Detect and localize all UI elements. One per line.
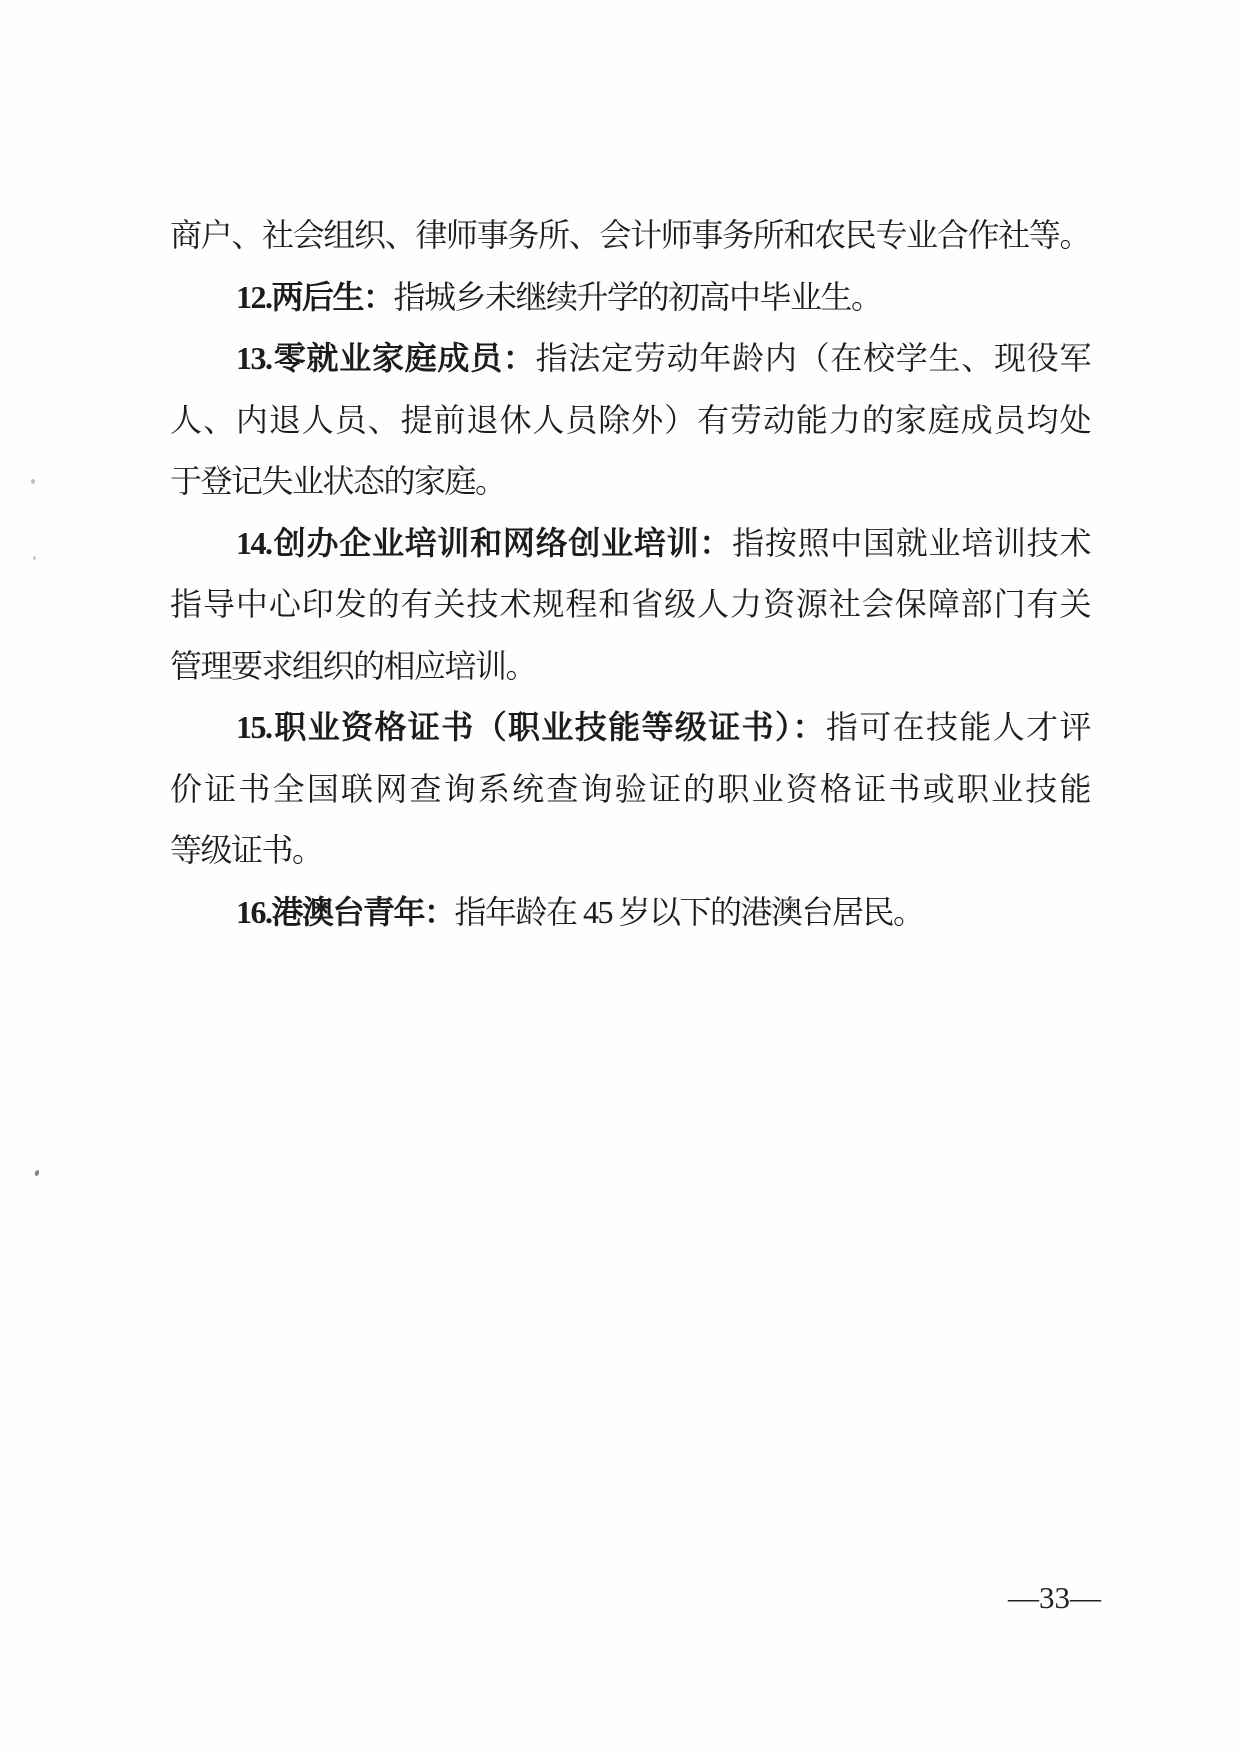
body-text: 指城乡未继续升学的初高中毕业生。 <box>394 279 882 315</box>
body-text: 管理要求组织的相应培训。 <box>170 648 536 684</box>
text-line: 等级证书。 <box>170 820 1090 882</box>
text-line: 16.港澳台青年：指年龄在 45 岁以下的港澳台居民。 <box>170 882 1090 944</box>
term-heading: 15.职业资格证书（职业技能等级证书）： <box>236 709 826 745</box>
text-line: 15.职业资格证书（职业技能等级证书）：指可在技能人才评 <box>170 697 1090 759</box>
body-text: 指导中心印发的有关技术规程和省级人力资源社会保障部门有关 <box>170 586 1090 622</box>
scan-speck <box>34 1169 40 1176</box>
text-line: 价证书全国联网查询系统查询验证的职业资格证书或职业技能 <box>170 759 1090 821</box>
body-text: 指年龄在 45 岁以下的港澳台居民。 <box>455 894 924 930</box>
text-line: 指导中心印发的有关技术规程和省级人力资源社会保障部门有关 <box>170 574 1090 636</box>
body-text: 于登记失业状态的家庭。 <box>170 463 506 499</box>
term-heading: 12.两后生： <box>236 279 394 315</box>
document-body: 商户、社会组织、律师事务所、会计师事务所和农民专业合作社等。12.两后生：指城乡… <box>170 205 1090 943</box>
body-text: 价证书全国联网查询系统查询验证的职业资格证书或职业技能 <box>170 771 1090 807</box>
term-heading: 16.港澳台青年： <box>236 894 455 930</box>
text-line: 人、内退人员、提前退休人员除外）有劳动能力的家庭成员均处 <box>170 390 1090 452</box>
body-text: 人、内退人员、提前退休人员除外）有劳动能力的家庭成员均处 <box>170 402 1090 438</box>
term-heading: 14.创办企业培训和网络创业培训： <box>236 525 732 561</box>
text-line: 14.创办企业培训和网络创业培训：指按照中国就业培训技术 <box>170 513 1090 575</box>
body-text: 指法定劳动年龄内（在校学生、现役军 <box>536 340 1090 376</box>
term-heading: 13.零就业家庭成员： <box>236 340 536 376</box>
text-line: 管理要求组织的相应培训。 <box>170 636 1090 698</box>
text-line: 13.零就业家庭成员：指法定劳动年龄内（在校学生、现役军 <box>170 328 1090 390</box>
body-text: 指可在技能人才评 <box>826 709 1090 745</box>
body-text: 商户、社会组织、律师事务所、会计师事务所和农民专业合作社等。 <box>170 217 1090 253</box>
page-number: —33— <box>1008 1580 1101 1616</box>
scan-speck <box>31 479 35 484</box>
text-line: 商户、社会组织、律师事务所、会计师事务所和农民专业合作社等。 <box>170 205 1090 267</box>
scan-speck <box>33 556 36 560</box>
body-text: 指按照中国就业培训技术 <box>732 525 1090 561</box>
text-line: 于登记失业状态的家庭。 <box>170 451 1090 513</box>
body-text: 等级证书。 <box>170 832 323 868</box>
document-page: 商户、社会组织、律师事务所、会计师事务所和农民专业合作社等。12.两后生：指城乡… <box>0 0 1241 1755</box>
text-line: 12.两后生：指城乡未继续升学的初高中毕业生。 <box>170 267 1090 329</box>
